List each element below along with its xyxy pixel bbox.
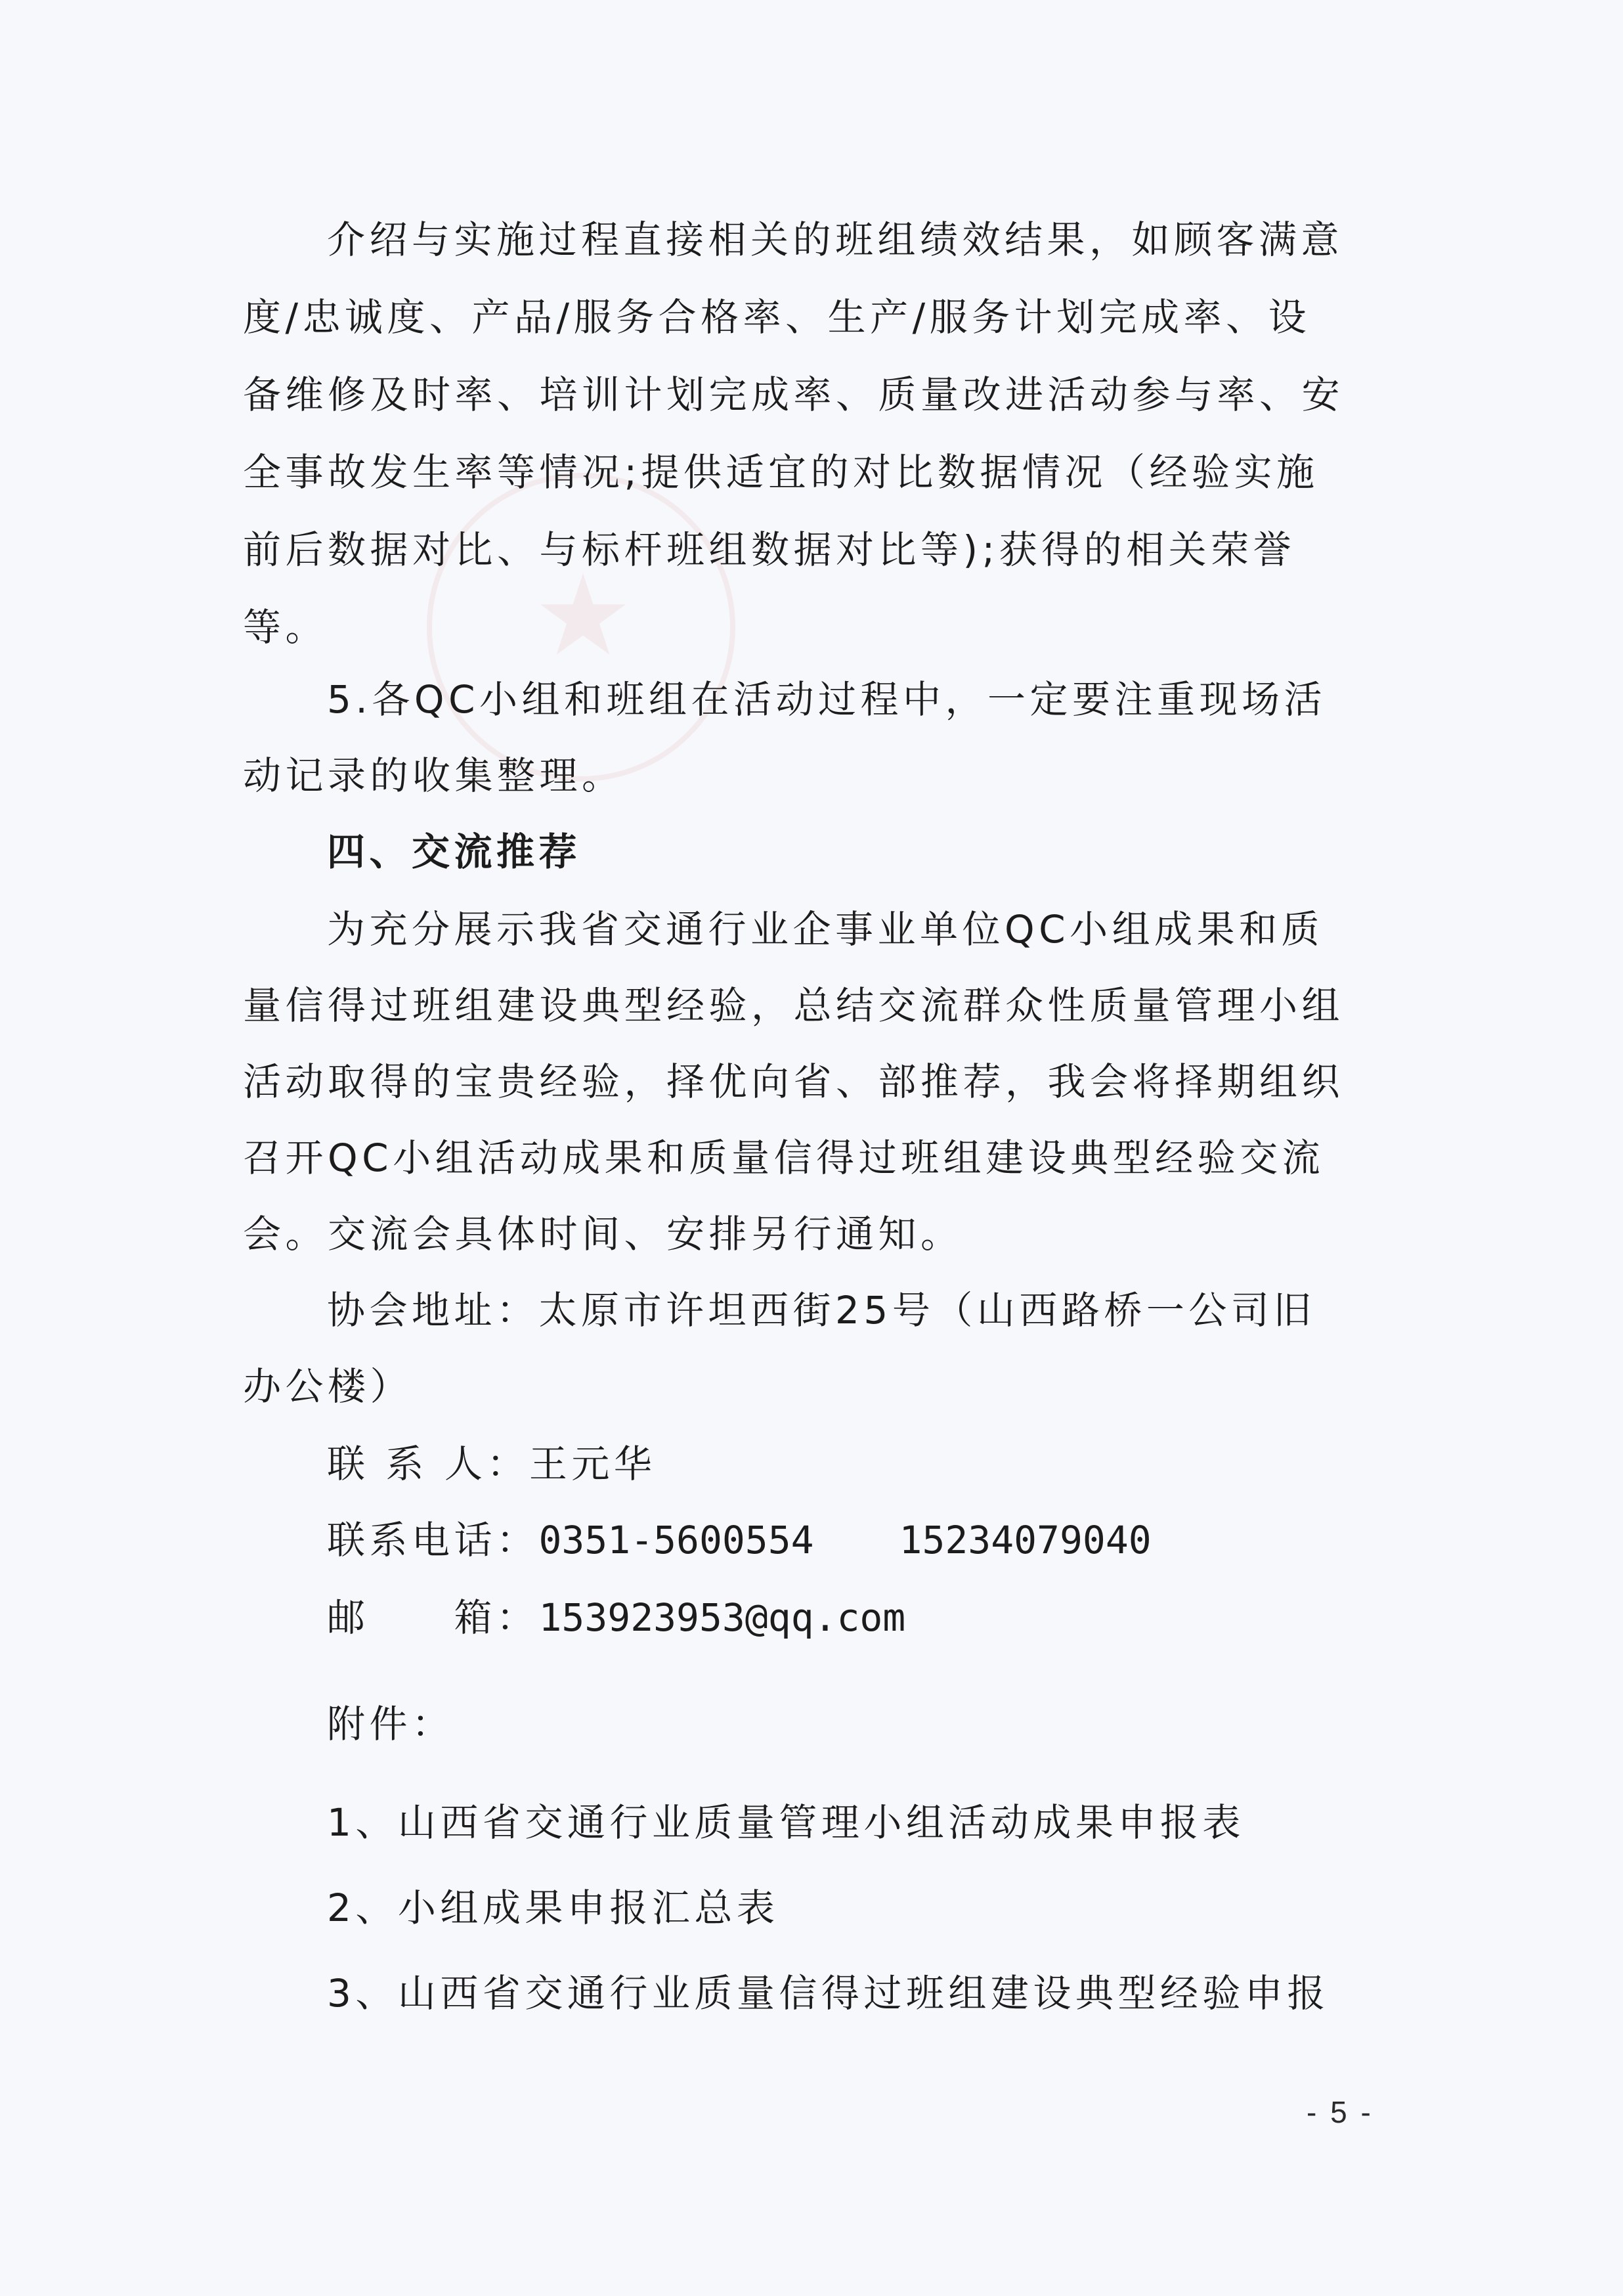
phone-label: 联系电话： bbox=[327, 1518, 539, 1562]
person-value: 王元华 bbox=[529, 1442, 657, 1486]
item-5-line-1: 5.各QC小组和班组在活动过程中，一定要注重现场活 bbox=[327, 676, 1372, 722]
phone-landline: 0351-5600554 bbox=[539, 1518, 814, 1562]
paragraph-performance-line-4: 全事故发生率等情况;提供适宜的对比数据情况（经验实施 bbox=[243, 449, 1372, 495]
contact-address: 协会地址：太原市许坦西街25号（山西路桥一公司旧 bbox=[327, 1287, 1372, 1333]
email-value: 153923953@qq.com bbox=[539, 1595, 906, 1640]
attachment-item-3: 3、山西省交通行业质量信得过班组建设典型经验申报 bbox=[327, 1970, 1372, 2016]
attachment-item-2: 2、小组成果申报汇总表 bbox=[327, 1885, 1372, 1931]
paragraph-performance-line-5: 前后数据对比、与标杆班组数据对比等);获得的相关荣誉 bbox=[243, 527, 1372, 573]
paragraph-performance-line-3: 备维修及时率、培训计划完成率、质量改进活动参与率、安 bbox=[243, 372, 1372, 418]
document-page: ★ 介绍与实施过程直接相关的班组绩效结果，如顾客满意 度/忠诚度、产品/服务合格… bbox=[0, 0, 1623, 2296]
address-label: 协会地址： bbox=[327, 1288, 539, 1333]
attachment-item-1: 1、山西省交通行业质量管理小组活动成果申报表 bbox=[327, 1799, 1372, 1845]
item-5-line-2: 动记录的收集整理。 bbox=[243, 753, 1372, 799]
contact-phone: 联系电话：0351-560055415234079040 bbox=[327, 1517, 1372, 1563]
page-number: - 5 - bbox=[1307, 2092, 1374, 2132]
section-4-line-3: 活动取得的宝贵经验，择优向省、部推荐，我会将择期组织 bbox=[243, 1059, 1372, 1105]
address-value-line-1: 太原市许坦西街25号（山西路桥一公司旧 bbox=[539, 1288, 1316, 1333]
contact-address-line-2: 办公楼） bbox=[243, 1363, 1372, 1409]
section-4-heading: 四、交流推荐 bbox=[327, 829, 1372, 875]
contact-email: 邮 箱：153923953@qq.com bbox=[327, 1595, 1372, 1641]
paragraph-performance-line-2: 度/忠诚度、产品/服务合格率、生产/服务计划完成率、设 bbox=[243, 294, 1372, 340]
paragraph-performance-line-1: 介绍与实施过程直接相关的班组绩效结果，如顾客满意 bbox=[327, 217, 1372, 263]
contact-person: 联 系 人：王元华 bbox=[327, 1441, 1372, 1487]
section-4-line-5: 会。交流会具体时间、安排另行通知。 bbox=[243, 1211, 1372, 1257]
email-label: 邮 箱： bbox=[327, 1595, 539, 1640]
phone-mobile: 15234079040 bbox=[899, 1518, 1152, 1562]
section-4-line-2: 量信得过班组建设典型经验，总结交流群众性质量管理小组 bbox=[243, 982, 1372, 1028]
section-4-line-1: 为充分展示我省交通行业企事业单位QC小组成果和质 bbox=[327, 906, 1372, 952]
paragraph-performance-line-6: 等。 bbox=[243, 604, 1372, 650]
attachments-label: 附件： bbox=[327, 1701, 1372, 1747]
person-label: 联 系 人： bbox=[327, 1442, 529, 1486]
section-4-line-4: 召开QC小组活动成果和质量信得过班组建设典型经验交流 bbox=[243, 1135, 1372, 1181]
